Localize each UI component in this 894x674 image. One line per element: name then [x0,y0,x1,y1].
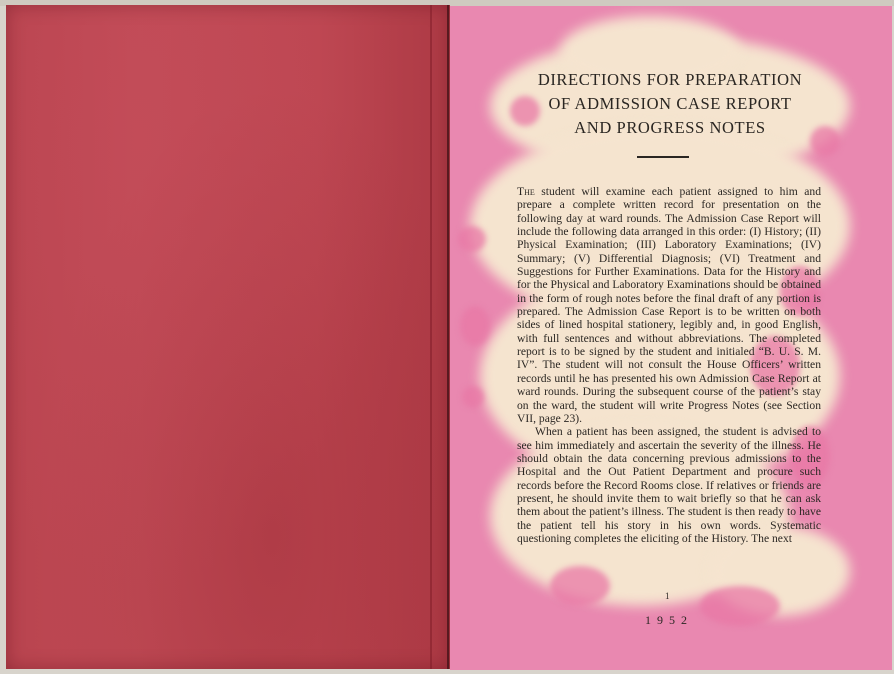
booklet-back-cover [6,5,450,669]
paragraph-text: When a patient has been assigned, the st… [517,425,821,545]
title-line: DIRECTIONS FOR PREPARATION [490,68,850,92]
paragraph: When a patient has been assigned, the st… [517,425,821,545]
publication-year: 1952 [645,613,693,628]
body-text: The student will examine each patient as… [517,185,821,545]
title-line: AND PROGRESS NOTES [490,116,850,140]
cover-fold-line [430,5,432,669]
lead-word: The [517,185,535,198]
booklet-first-page: DIRECTIONS FOR PREPARATION OF ADMISSION … [450,6,892,670]
booklet-spine [447,5,449,669]
page-title: DIRECTIONS FOR PREPARATION OF ADMISSION … [490,68,850,140]
page-number: 1 [665,591,670,601]
paragraph: The student will examine each patient as… [517,185,821,425]
title-rule [637,156,689,158]
title-line: OF ADMISSION CASE REPORT [490,92,850,116]
paragraph-text: student will examine each patient assign… [517,185,821,425]
